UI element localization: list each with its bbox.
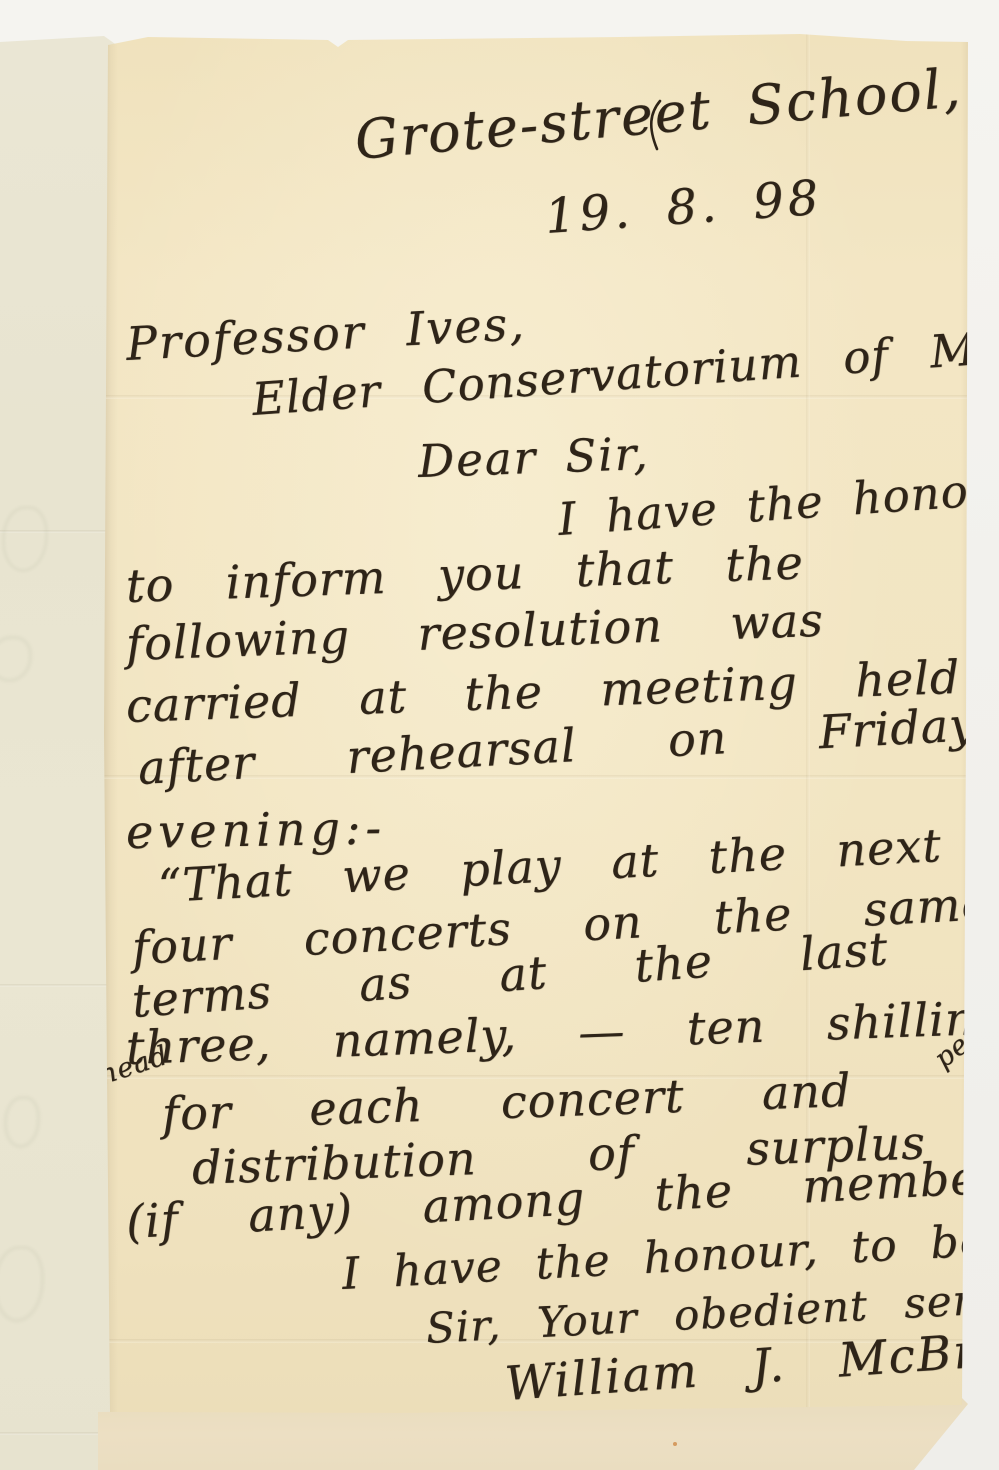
ink-bleedthrough-smudge — [0, 636, 32, 682]
ink-bleedthrough-smudge — [0, 1246, 44, 1322]
ink-bleedthrough-smudge — [2, 506, 48, 572]
handwritten-line-place: Grote-street School, — [352, 56, 964, 172]
paper-speck — [673, 1442, 677, 1446]
fold-crease — [0, 984, 118, 987]
ink-bleedthrough-smudge — [4, 1096, 40, 1148]
left-folded-sheet — [0, 36, 118, 1470]
scanned-letter-background: { "colors": { "scanner_background": "#f2… — [0, 0, 999, 1470]
letter-page: Grote-street School,19. 8. 98Professor I… — [100, 33, 975, 1415]
handwritten-line-date: 19. 8. 98 — [543, 170, 824, 245]
handwritten-line-salutation: Dear Sir, — [417, 427, 650, 488]
